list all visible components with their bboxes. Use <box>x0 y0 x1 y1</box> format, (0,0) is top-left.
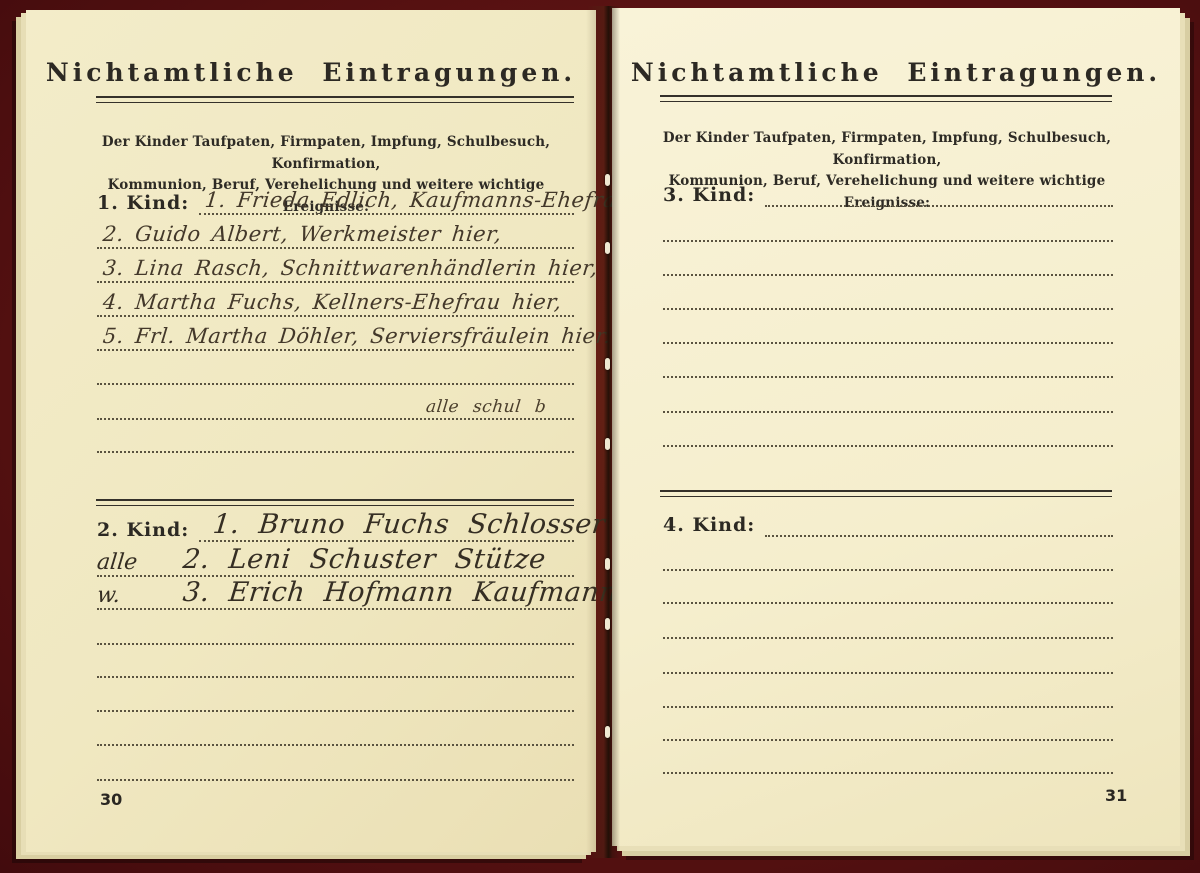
stitch-mark <box>605 358 610 370</box>
dotted-line: alle 2. Leni Schuster Stütze <box>97 540 574 577</box>
handwritten-margin-note: alle <box>96 550 139 575</box>
dotted-line <box>97 643 574 678</box>
stitch-mark <box>605 558 610 570</box>
entry-line <box>97 678 574 712</box>
entry-line <box>663 276 1113 310</box>
stitch-mark <box>605 438 610 450</box>
entry-line: 2. Guido Albert, Werkmeister hier, <box>97 215 574 249</box>
entry-line <box>663 413 1113 447</box>
entry-line: 3. Kind: <box>663 173 1113 207</box>
entry-line <box>97 645 574 678</box>
dotted-line <box>663 274 1113 310</box>
handwritten-annotation: alle schul b <box>425 397 547 417</box>
entry-line: 3. Lina Rasch, Schnittwarenhändlerin hie… <box>97 249 574 283</box>
entry-line <box>663 378 1113 413</box>
handwritten-entry: 2. Guido Albert, Werkmeister hier, <box>102 222 503 246</box>
dotted-line <box>97 710 574 746</box>
handwritten-entry: 1. Bruno Fuchs Schlosser <box>212 509 608 540</box>
dotted-line: 2. Guido Albert, Werkmeister hier, <box>97 213 574 249</box>
entry-line <box>663 674 1113 708</box>
dotted-line: 3. Lina Rasch, Schnittwarenhändlerin hie… <box>97 247 574 283</box>
section-child-1: 1. Kind: 1. Frieda Edlich, Kaufmanns-Ehe… <box>97 181 574 453</box>
intro-line-1: Der Kinder Taufpaten, Firmpaten, Impfung… <box>663 130 1111 168</box>
entry-line: 2. Kind: 1. Bruno Fuchs Schlosser <box>97 508 574 542</box>
dotted-line <box>97 744 574 781</box>
child-3-label: 3. Kind: <box>663 184 765 207</box>
dotted-line <box>663 569 1113 604</box>
dotted-line <box>663 706 1113 741</box>
dotted-line <box>97 418 574 453</box>
entry-line <box>663 207 1113 242</box>
entry-line: 4. Martha Fuchs, Kellners-Ehefrau hier, <box>97 283 574 317</box>
dotted-line <box>663 637 1113 674</box>
entry-line <box>97 420 574 453</box>
entry-line <box>663 242 1113 276</box>
dotted-line <box>663 602 1113 639</box>
dotted-line: alle schul b <box>97 383 574 420</box>
section-child-2: 2. Kind: 1. Bruno Fuchs Schlosser alle 2… <box>97 508 574 781</box>
dotted-line <box>97 349 574 385</box>
dotted-line <box>663 342 1113 378</box>
page-number-left: 30 <box>100 790 122 809</box>
dotted-line <box>663 205 1113 242</box>
dotted-line: 1. Bruno Fuchs Schlosser <box>199 506 574 542</box>
section-divider-rule <box>96 499 574 506</box>
left-page-title: Nichtamtliche Eintragungen. <box>26 58 596 87</box>
section-child-3: 3. Kind: <box>663 173 1113 447</box>
entry-line: 1. Kind: 1. Frieda Edlich, Kaufmanns-Ehe… <box>97 181 574 215</box>
dotted-line <box>663 739 1113 774</box>
dotted-line: 5. Frl. Martha Döhler, Serviersfräulein … <box>97 315 574 351</box>
entry-line <box>663 708 1113 741</box>
dotted-line <box>663 672 1113 708</box>
page-number-right: 31 <box>1105 786 1127 805</box>
stitch-mark <box>605 242 610 254</box>
dotted-line <box>97 608 574 645</box>
dotted-line <box>663 535 1113 571</box>
stitch-mark <box>605 174 610 186</box>
entry-line <box>663 571 1113 604</box>
handwritten-entry: 2. Leni Schuster Stütze <box>181 544 547 575</box>
entry-line: 4. Kind: <box>663 503 1113 537</box>
stitch-mark <box>605 618 610 630</box>
entry-line <box>97 351 574 385</box>
handwritten-margin-note: w. <box>96 583 122 608</box>
dotted-line <box>663 376 1113 413</box>
dotted-line <box>765 501 1113 537</box>
header-double-rule <box>96 96 574 103</box>
child-2-label: 2. Kind: <box>97 519 199 542</box>
entry-line <box>663 344 1113 378</box>
entry-line: alle schul b <box>97 385 574 420</box>
dotted-line <box>97 676 574 712</box>
section-child-4: 4. Kind: <box>663 503 1113 774</box>
entry-line <box>663 604 1113 639</box>
family-register-book: Nichtamtliche Eintragungen. Der Kinder T… <box>0 0 1200 873</box>
dotted-line: w. 3. Erich Hofmann Kaufmann <box>97 575 574 610</box>
handwritten-entry: 4. Martha Fuchs, Kellners-Ehefrau hier, <box>102 290 563 314</box>
dotted-line <box>663 308 1113 344</box>
right-page: Nichtamtliche Eintragungen. Der Kinder T… <box>612 8 1180 846</box>
entry-line <box>97 610 574 645</box>
dotted-line <box>663 411 1113 447</box>
entry-line <box>663 537 1113 571</box>
entry-line <box>663 741 1113 774</box>
header-double-rule <box>660 95 1112 102</box>
dotted-line <box>765 171 1113 207</box>
entry-line <box>97 712 574 746</box>
entry-line: 5. Frl. Martha Döhler, Serviersfräulein … <box>97 317 574 351</box>
entry-line <box>663 639 1113 674</box>
child-1-label: 1. Kind: <box>97 192 199 215</box>
dotted-line: 4. Martha Fuchs, Kellners-Ehefrau hier, <box>97 281 574 317</box>
stitch-mark <box>605 726 610 738</box>
entry-line <box>97 746 574 781</box>
handwritten-entry: 5. Frl. Martha Döhler, Serviersfräulein … <box>102 324 613 348</box>
dotted-line <box>663 240 1113 276</box>
child-4-label: 4. Kind: <box>663 514 765 537</box>
right-page-title: Nichtamtliche Eintragungen. <box>612 58 1180 87</box>
handwritten-entry: 3. Lina Rasch, Schnittwarenhändlerin hie… <box>102 256 599 280</box>
entry-line <box>663 310 1113 344</box>
intro-line-1: Der Kinder Taufpaten, Firmpaten, Impfung… <box>102 134 550 172</box>
left-page: Nichtamtliche Eintragungen. Der Kinder T… <box>26 10 596 852</box>
handwritten-entry: 3. Erich Hofmann Kaufmann <box>181 577 618 608</box>
entry-line: w. 3. Erich Hofmann Kaufmann <box>97 577 574 610</box>
section-divider-rule <box>660 490 1112 497</box>
dotted-line: 1. Frieda Edlich, Kaufmanns-Ehefrau hier… <box>199 179 574 215</box>
entry-line: alle 2. Leni Schuster Stütze <box>97 542 574 577</box>
